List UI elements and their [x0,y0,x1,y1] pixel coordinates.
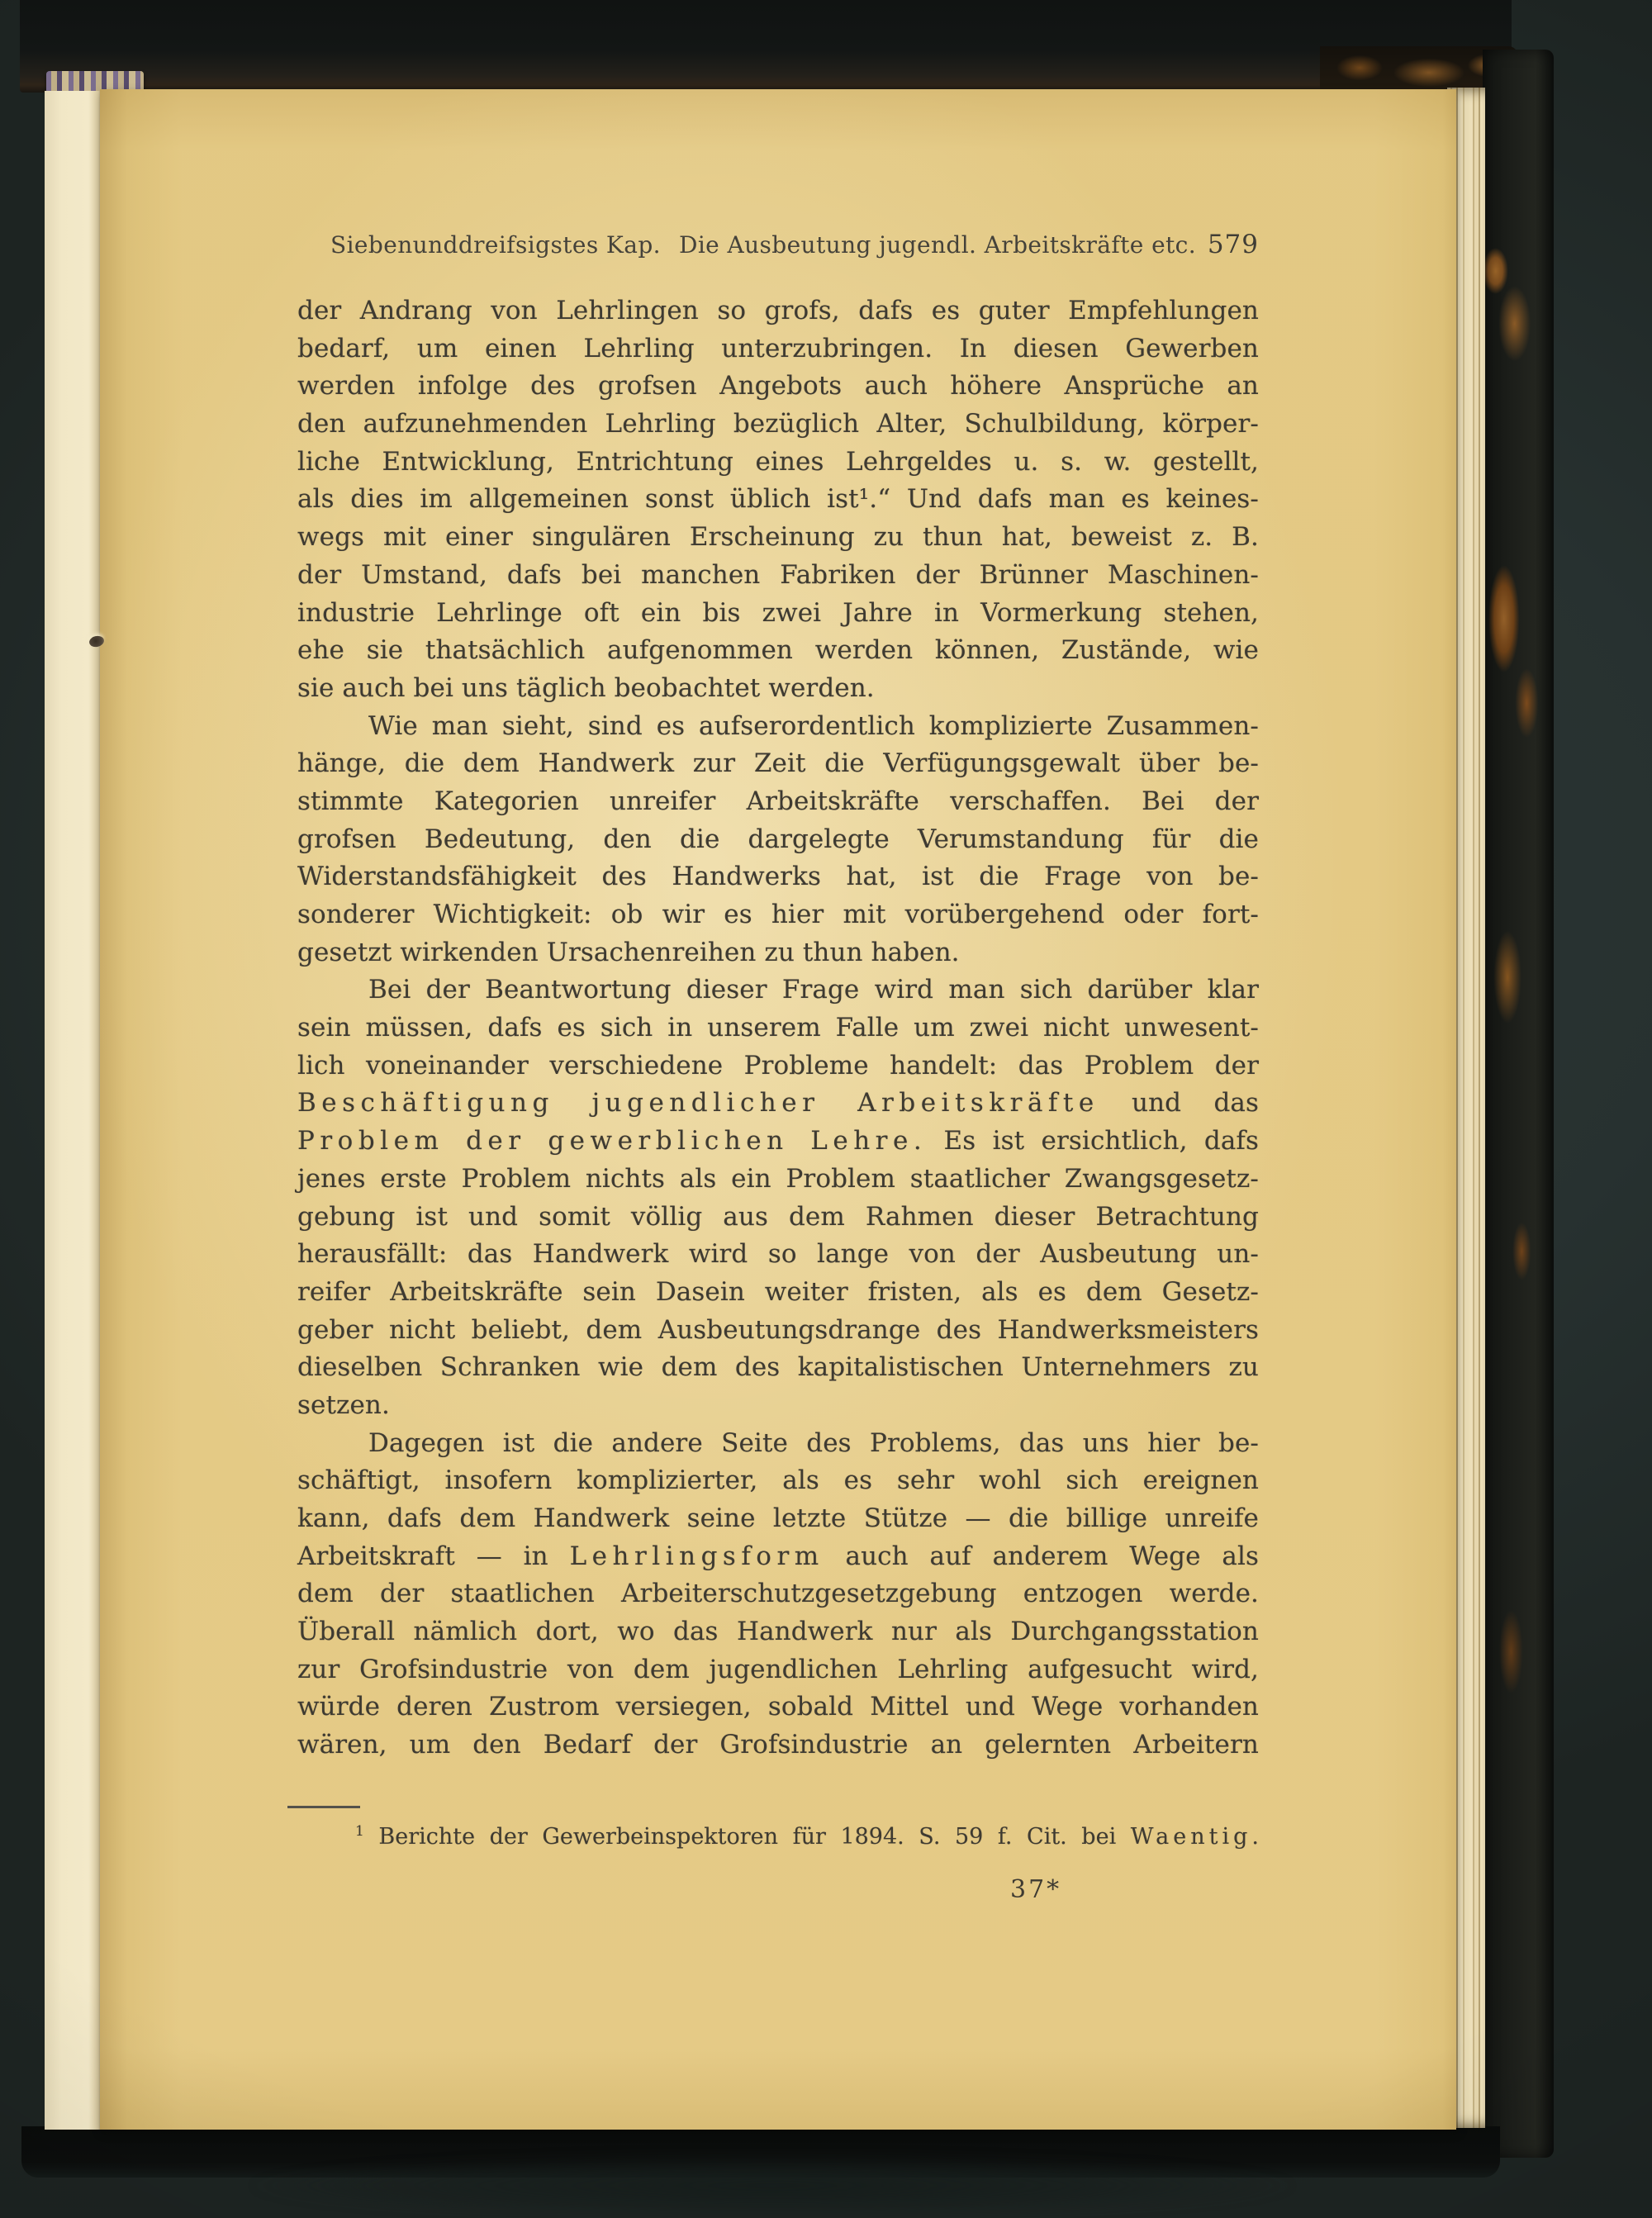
text-line: wegs mit einer singulären Erscheinung zu… [297,519,1259,557]
text-segment: schäftigt, insofern komplizierter, als e… [297,1465,1259,1495]
text-line: Dagegen ist die andere Seite des Problem… [297,1425,1259,1463]
text-segment: geber nicht beliebt, dem Ausbeutungsdran… [297,1315,1259,1345]
text-line: sein müssen, dafs es sich in unserem Fal… [297,1009,1259,1047]
text-segment: wären, um den Bedarf der Grofsindustrie … [297,1730,1259,1760]
text-segment: würde deren Zustrom versiegen, sobald Mi… [297,1692,1259,1722]
footnote-marker: 1 [355,1823,364,1840]
text-line: Problem der gewerblichen Lehre. Es ist e… [297,1123,1259,1161]
text-line: jenes erste Problem nichts als ein Probl… [297,1161,1259,1199]
text-line: sonderer Wichtigkeit: ob wir es hier mit… [297,896,1259,934]
text-line: Überall nämlich dort, wo das Handwerk nu… [297,1613,1259,1651]
text-segment: dieselben Schranken wie dem des kapitali… [297,1352,1259,1382]
text-segment: Widerstandsfähigkeit des Handwerks hat, … [297,862,1259,891]
text-line: setzen. [297,1387,1259,1425]
text-segment: lich voneinander verschiedene Probleme h… [297,1051,1259,1081]
text-segment: dem der staatlichen Arbeiterschutzgesetz… [297,1579,1259,1608]
text-line: industrie Lehrlinge oft ein bis zwei Jah… [297,595,1259,633]
footnote: 1 Berichte der Gewerbeinspektoren für 18… [297,1821,1259,1853]
text-segment: gesetzt wirkenden Ursachenreihen zu thun… [297,938,960,967]
text-line: reifer Arbeitskräfte sein Dasein weiter … [297,1274,1259,1312]
text-segment: Dagegen ist die andere Seite des Problem… [368,1428,1259,1458]
text-line: lich voneinander verschiedene Probleme h… [297,1047,1259,1085]
text-segment: Arbeitskraft — in [297,1541,570,1571]
text-line: als dies im allgemeinen sonst üblich ist… [297,481,1259,519]
text-segment: hänge, die dem Handwerk zur Zeit die Ver… [297,748,1259,778]
footnote-segment: . [1251,1824,1259,1850]
text-line: grofsen Bedeutung, den die dargelegte Ve… [297,821,1259,859]
text-segment: und das [1099,1088,1259,1118]
text-line: gesetzt wirkenden Ursachenreihen zu thun… [297,934,1259,972]
header-title: Siebenunddreifsigstes Kap.Die Ausbeutung… [297,231,1196,259]
text-line: hänge, die dem Handwerk zur Zeit die Ver… [297,745,1259,783]
text-line: Arbeitskraft — in Lehrlingsform auch auf… [297,1538,1259,1576]
text-line: würde deren Zustrom versiegen, sobald Mi… [297,1688,1259,1726]
text-line: bedarf, um einen Lehrling unterzubringen… [297,330,1259,368]
text-line: geber nicht beliebt, dem Ausbeutungsdran… [297,1312,1259,1350]
text-segment: sonderer Wichtigkeit: ob wir es hier mit… [297,900,1259,929]
spaced-text: Problem der gewerblichen Lehre. [297,1126,927,1156]
spaced-text: Beschäftigung jugendlicher Arbeitskräfte [297,1088,1099,1118]
text-line: dem der staatlichen Arbeiterschutzgesetz… [297,1575,1259,1613]
chapter-label: Siebenunddreifsigstes Kap. [330,231,661,259]
text-segment: Überall nämlich dort, wo das Handwerk nu… [297,1617,1259,1646]
text-segment: auch auf anderem Wege als [824,1541,1259,1571]
text-segment: wegs mit einer singulären Erscheinung zu… [297,522,1259,552]
text-segment: stimmte Kategorien unreifer Arbeitskräft… [297,786,1259,816]
book-photo-scene: Siebenunddreifsigstes Kap.Die Ausbeutung… [0,0,1652,2218]
text-segment: liche Entwicklung, Entrichtung eines Leh… [297,447,1259,477]
text-segment: zur Grofsindustrie von dem jugendlichen … [297,1655,1259,1684]
text-segment: kann, dafs dem Handwerk seine letzte Stü… [297,1503,1259,1533]
running-header: Siebenunddreifsigstes Kap.Die Ausbeutung… [297,230,1259,259]
text-segment: bedarf, um einen Lehrling unterzubringen… [297,334,1259,363]
text-line: liche Entwicklung, Entrichtung eines Leh… [297,444,1259,482]
signature-mark: 37* [1010,1875,1061,1904]
text-segment: sie auch bei uns täglich beobachtet werd… [297,673,875,703]
chapter-subject: Die Ausbeutung jugendl. Arbeitskräfte et… [679,231,1196,259]
table-shadow [248,2153,1297,2218]
page-number: 579 [1208,230,1259,259]
text-line: herausfällt: das Handwerk wird so lange … [297,1236,1259,1274]
text-line: schäftigt, insofern komplizierter, als e… [297,1462,1259,1500]
text-segment: der Andrang von Lehrlingen so grofs, daf… [297,296,1259,325]
book-cover-right-marbled [1483,50,1554,2158]
text-segment: als dies im allgemeinen sonst üblich ist… [297,484,1259,514]
text-line: werden infolge des grofsen Angebots auch… [297,368,1259,406]
footnote-text: Berichte der Gewerbeinspektoren für 1894… [364,1824,1259,1850]
text-line: ehe sie thatsächlich aufgenommen werden … [297,632,1259,670]
text-segment: gebung ist und somit völlig aus dem Rahm… [297,1202,1259,1232]
footnote-cited-name: Waentig [1131,1824,1252,1850]
text-line: gebung ist und somit völlig aus dem Rahm… [297,1199,1259,1237]
text-segment: werden infolge des grofsen Angebots auch… [297,371,1259,401]
text-segment: herausfällt: das Handwerk wird so lange … [297,1239,1259,1269]
text-line: wären, um den Bedarf der Grofsindustrie … [297,1726,1259,1764]
text-line: stimmte Kategorien unreifer Arbeitskräft… [297,783,1259,821]
text-line: der Umstand, dafs bei manchen Fabriken d… [297,557,1259,595]
text-segment: der Umstand, dafs bei manchen Fabriken d… [297,560,1259,590]
text-segment: industrie Lehrlinge oft ein bis zwei Jah… [297,598,1259,628]
text-line: den aufzunehmenden Lehrling bezüglich Al… [297,406,1259,444]
text-line: Wie man sieht, sind es aufserordentlich … [297,708,1259,746]
text-line: zur Grofsindustrie von dem jugendlichen … [297,1651,1259,1689]
text-line: Bei der Beantwortung dieser Frage wird m… [297,971,1259,1009]
footnote-segment: Berichte der Gewerbeinspektoren für 1894… [364,1824,1131,1850]
body-text: der Andrang von Lehrlingen so grofs, daf… [297,292,1259,1764]
text-segment: ehe sie thatsächlich aufgenommen werden … [297,635,1259,665]
text-segment: setzen. [297,1390,390,1420]
text-line: dieselben Schranken wie dem des kapitali… [297,1349,1259,1387]
text-line: Widerstandsfähigkeit des Handwerks hat, … [297,858,1259,896]
facing-page-edge [45,91,101,2130]
text-line: Beschäftigung jugendlicher Arbeitskräfte… [297,1085,1259,1123]
footnote-block: 1 Berichte der Gewerbeinspektoren für 18… [297,1806,1259,1853]
text-segment: Wie man sieht, sind es aufserordentlich … [368,711,1259,741]
text-segment: Es ist ersichtlich, dafs [927,1126,1259,1156]
text-segment: Bei der Beantwortung dieser Frage wird m… [368,975,1259,1005]
text-segment: den aufzunehmenden Lehrling bezüglich Al… [297,409,1259,439]
text-line: kann, dafs dem Handwerk seine letzte Stü… [297,1500,1259,1538]
spaced-text: Lehrlingsform [570,1541,824,1571]
text-segment: sein müssen, dafs es sich in unserem Fal… [297,1013,1259,1043]
book-page: Siebenunddreifsigstes Kap.Die Ausbeutung… [100,89,1456,2130]
text-segment: grofsen Bedeutung, den die dargelegte Ve… [297,824,1259,854]
text-segment: reifer Arbeitskräfte sein Dasein weiter … [297,1277,1259,1307]
book-cover-top-edge [20,0,1512,93]
text-line: der Andrang von Lehrlingen so grofs, daf… [297,292,1259,330]
text-segment: jenes erste Problem nichts als ein Probl… [297,1164,1259,1194]
footnote-rule [287,1806,360,1808]
text-line: sie auch bei uns täglich beobachtet werd… [297,670,1259,708]
